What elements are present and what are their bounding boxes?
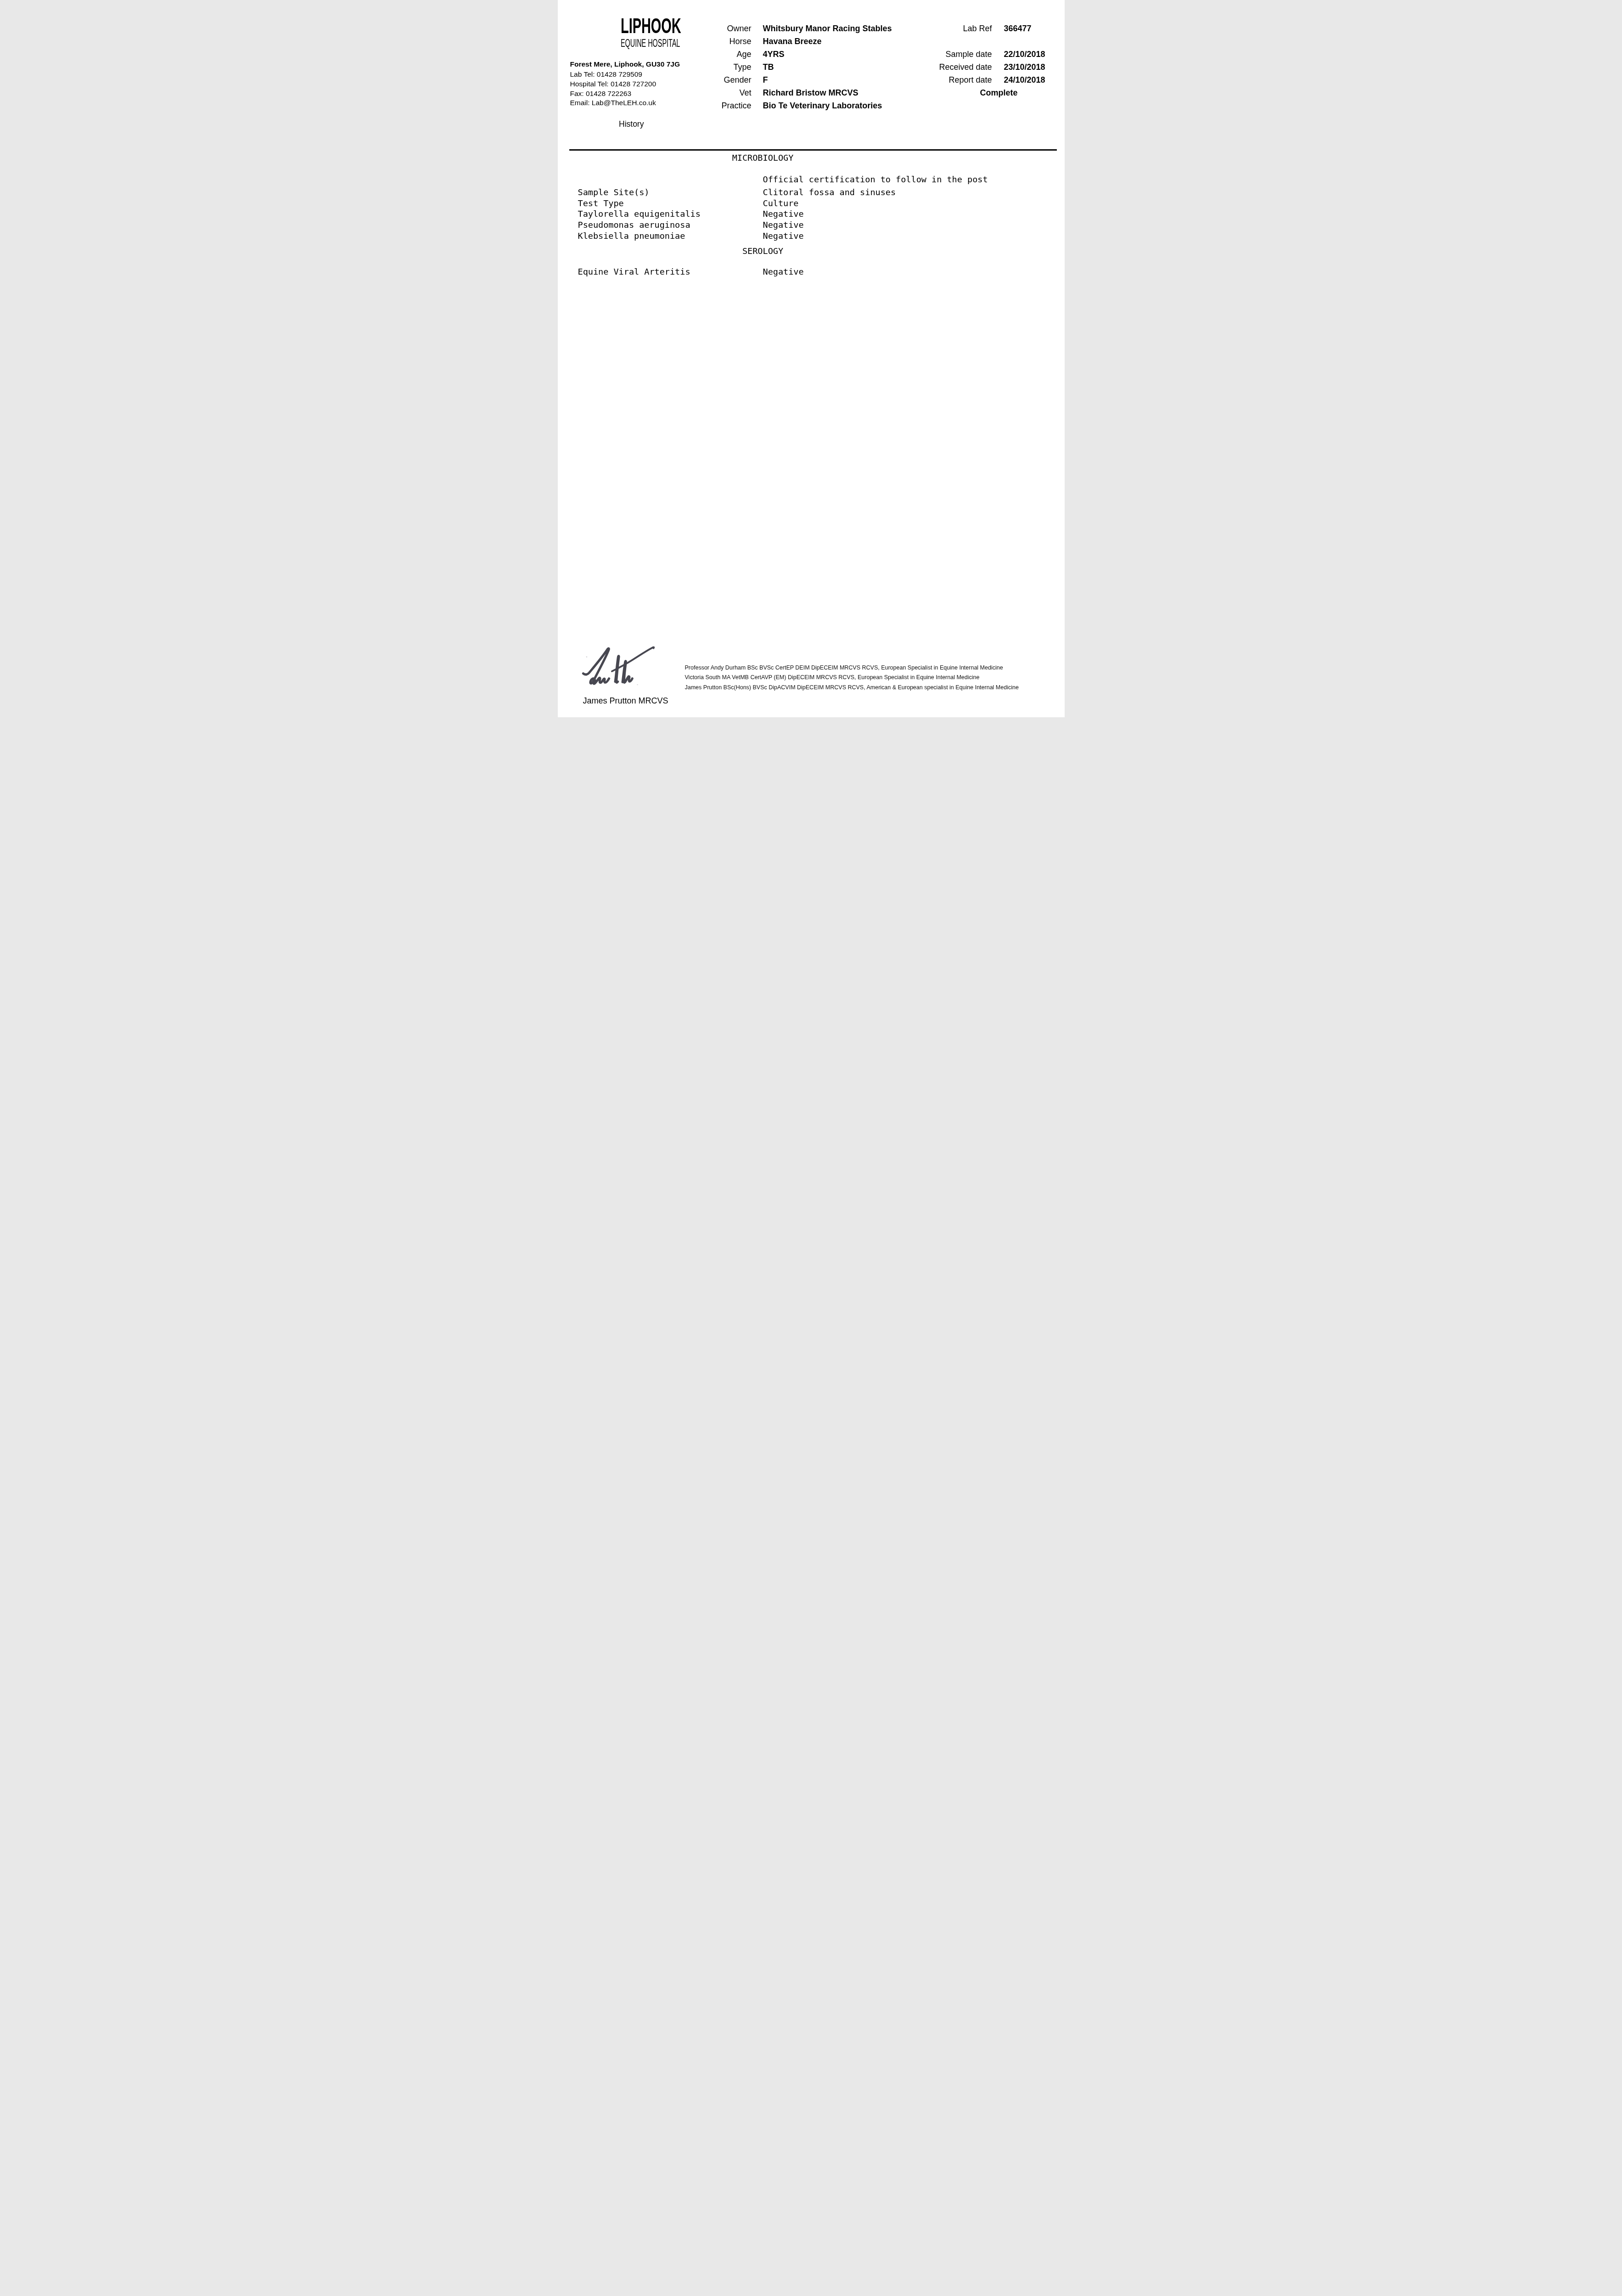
result-value-test-type: Culture	[763, 199, 799, 208]
field-label-practice: Practice	[686, 101, 752, 111]
section-divider	[569, 149, 1057, 151]
result-value-klebsiella: Negative	[763, 232, 804, 241]
field-label-horse: Horse	[686, 37, 752, 46]
field-value-vet: Richard Bristow MRCVS	[763, 88, 859, 98]
clinic-logo: LIPHOOK	[621, 15, 681, 36]
field-label-received-date: Received date	[920, 62, 992, 72]
signature-image	[575, 634, 661, 692]
field-label-lab-ref: Lab Ref	[920, 24, 992, 34]
clinic-email: Email: Lab@TheLEH.co.uk	[570, 99, 656, 108]
signatory-name: James Prutton MRCVS	[583, 696, 668, 706]
field-label-vet: Vet	[686, 88, 752, 98]
field-value-type: TB	[763, 62, 774, 72]
clinic-lab-tel: Lab Tel: 01428 729509	[570, 71, 642, 79]
specialist-line-3: James Prutton BSc(Hons) BVSc DipACVIM Di…	[685, 684, 1019, 691]
clinic-address: Forest Mere, Liphook, GU30 7JG	[570, 61, 680, 69]
field-value-practice: Bio Te Veterinary Laboratories	[763, 101, 882, 111]
field-value-age: 4YRS	[763, 50, 785, 59]
lab-report-page: LIPHOOK EQUINE HOSPITAL Forest Mere, Lip…	[558, 0, 1065, 717]
result-label-test-type: Test Type	[578, 199, 624, 208]
result-label-pseudomonas: Pseudomonas aeruginosa	[578, 221, 690, 230]
history-label: History	[619, 119, 644, 129]
result-label-taylorella: Taylorella equigenitalis	[578, 210, 701, 219]
clinic-fax: Fax: 01428 722263	[570, 90, 632, 99]
field-value-owner: Whitsbury Manor Racing Stables	[763, 24, 892, 34]
clinic-name-secondary: EQUINE HOSPITAL	[621, 38, 680, 49]
result-label-eva: Equine Viral Arteritis	[578, 268, 690, 277]
field-label-sample-date: Sample date	[920, 50, 992, 59]
section-title-microbiology: MICROBIOLOGY	[732, 154, 794, 163]
field-label-owner: Owner	[686, 24, 752, 34]
result-value-sample-site: Clitoral fossa and sinuses	[763, 188, 896, 197]
field-label-age: Age	[686, 50, 752, 59]
result-value-taylorella: Negative	[763, 210, 804, 219]
result-label-sample-site: Sample Site(s)	[578, 188, 650, 197]
field-value-lab-ref: 366477	[1004, 24, 1032, 34]
result-label-klebsiella: Klebsiella pneumoniae	[578, 232, 685, 241]
result-value-pseudomonas: Negative	[763, 221, 804, 230]
field-value-sample-date: 22/10/2018	[1004, 50, 1045, 59]
field-label-gender: Gender	[686, 75, 752, 85]
result-value-eva: Negative	[763, 268, 804, 277]
certification-note: Official certification to follow in the …	[763, 175, 988, 185]
clinic-hospital-tel: Hospital Tel: 01428 727200	[570, 80, 657, 89]
field-value-horse: Havana Breeze	[763, 37, 822, 46]
specialist-line-2: Victoria South MA VetMB CertAVP (EM) Dip…	[685, 674, 980, 681]
field-value-report-date: 24/10/2018	[1004, 75, 1045, 85]
section-title-serology: SEROLOGY	[742, 247, 783, 256]
report-status: Complete	[980, 88, 1018, 98]
field-value-received-date: 23/10/2018	[1004, 62, 1045, 72]
field-label-type: Type	[686, 62, 752, 72]
field-label-report-date: Report date	[920, 75, 992, 85]
specialist-line-1: Professor Andy Durham BSc BVSc CertEP DE…	[685, 664, 1003, 671]
field-value-gender: F	[763, 75, 768, 85]
